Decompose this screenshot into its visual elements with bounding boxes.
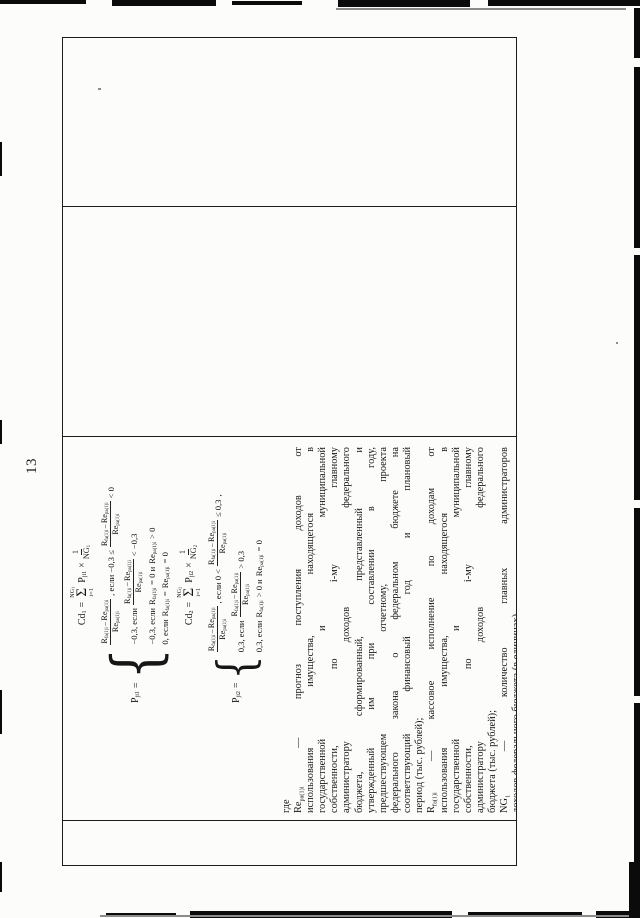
fraction-numerator: Rfa(1)i−Repa(1)i <box>101 599 111 645</box>
case-row: Rfa(1)i−Repa(1)iRepa(1)i, если −0,3 ≤Rfa… <box>101 487 122 645</box>
table-column-3 <box>63 206 516 436</box>
symbol-subscript: pa(1)i <box>139 572 144 584</box>
text-line: утвержденныйимприсоставлениивгоду, <box>366 447 378 813</box>
symbol-subscript: ji2 <box>189 571 195 577</box>
word: предшествующем <box>378 734 390 813</box>
formula-text: i=1 <box>196 588 202 597</box>
scanner-artifact-top <box>338 0 470 7</box>
case-row: Rfa(1)i−Repa(1)iRepa(1)i, если 0 <Rfa(1)… <box>208 494 229 652</box>
word: муниципальной <box>317 447 329 518</box>
word: использования <box>439 748 451 813</box>
formula-pji2-cases: Pji2={Rfa(1)i−Repa(1)iRepa(1)i, если 0 <… <box>208 443 265 703</box>
word: год <box>402 580 414 594</box>
word: имущества, <box>439 635 451 686</box>
text-line: собственности,поi-муглавному <box>463 447 475 813</box>
fraction: Rfa(1)i−Repa(1)iRepa(1)i <box>208 520 229 566</box>
equals-sign: = <box>231 682 242 688</box>
symbol-subscript: 2 <box>189 610 195 613</box>
sum-lower-limit: i=1 <box>89 588 95 597</box>
word: году, <box>366 447 378 468</box>
fraction-numerator: Rfa(1)i−Repa(1)i <box>208 606 218 652</box>
symbol-subscript: 1 <box>82 610 88 613</box>
left-brace-icon: { <box>107 648 166 680</box>
symbol-subscript: fa(1)i <box>152 588 158 599</box>
cases-lhs-symbol: Pji1 <box>130 691 141 703</box>
word: i-му <box>329 564 341 582</box>
word: по <box>426 556 438 567</box>
word: составлении <box>366 549 378 604</box>
symbol-base: R <box>207 646 216 651</box>
fraction: 1NG1 <box>72 545 92 559</box>
symbol-subscript: pa(1)i <box>117 611 122 623</box>
formula-symbol: Repa(1)i <box>112 611 121 632</box>
formula-symbol: Repa(1)i <box>135 572 144 593</box>
symbol-base: Re <box>293 801 304 813</box>
formula-text: − <box>102 622 111 627</box>
text-line: Repa(1)i—прогнозпоступлениядоходовот <box>293 447 305 813</box>
equals-sign: = <box>131 682 142 688</box>
word: им <box>366 697 378 709</box>
fraction-denominator: Repa(1)i <box>218 533 228 554</box>
formula-symbol: Repa(1)i <box>124 560 133 581</box>
scanner-artifact-top <box>0 0 86 4</box>
formula-text: − <box>209 629 218 634</box>
formula-symbol: Rfa(1)i <box>208 635 217 651</box>
formula-text: = <box>184 602 195 608</box>
word: администратору <box>341 741 353 813</box>
symbol-base: R <box>160 611 170 617</box>
symbol-subscript: ji1 <box>136 691 142 697</box>
formula-symbol: Rfa(1)i <box>101 627 110 643</box>
formula-symbol: Rfa(1)i <box>231 600 240 616</box>
formula-text: > 0,3 <box>236 551 246 569</box>
symbol-base: Re <box>218 544 227 553</box>
symbol-base: R <box>230 611 239 616</box>
text-line: собственности,поi-муглавному <box>329 447 341 813</box>
formula-symbol: Repa(1)i <box>160 566 171 588</box>
fraction-numerator: Rfa(1)i−Repa(1)i <box>101 501 111 547</box>
symbol-subscript: pa(1)i <box>259 554 265 566</box>
symbol-base: Re <box>207 533 216 542</box>
formula-pji1-cases: Pji1={Rfa(1)i−Repa(1)iRepa(1)i, если −0,… <box>101 443 171 703</box>
word: кассовое <box>426 681 438 720</box>
word: от <box>426 447 438 457</box>
cases-lhs-symbol: Pji2 <box>231 691 242 703</box>
word: отчетному, <box>378 584 390 632</box>
word: находящегося <box>439 513 451 574</box>
symbol-subscript: pa(1)i <box>223 619 228 631</box>
symbol-base: R <box>100 638 109 643</box>
word: прогноз <box>293 664 305 699</box>
symbol-base: Re <box>160 579 170 589</box>
formula-text: < 0 <box>106 487 116 498</box>
case-row: 0,3, еслиRfa(1)i−Repa(1)iRepa(1)i> 0,3 <box>231 494 252 652</box>
formula-symbol: Repa(1)i <box>242 584 251 605</box>
symbol-subscript: ji1 <box>82 571 88 577</box>
word: исполнение <box>426 598 438 650</box>
formula-text: 0,3, если <box>236 620 246 652</box>
symbol-base: R <box>147 599 157 605</box>
word: поступления <box>293 569 305 625</box>
symbol-subscript: pa(1)i <box>298 787 305 802</box>
word: соответствующий <box>402 734 414 813</box>
text-line: предшествующемотчетному,проекта <box>378 447 390 813</box>
word: главных <box>499 568 511 604</box>
word: использования <box>305 748 317 813</box>
formula-cd2: Cd2=NG2Σi=1Pji2×1NG2 <box>177 443 202 727</box>
symbol-subscript: 2 <box>194 545 199 547</box>
formula-text: −0,3, если <box>147 608 157 645</box>
formula-text: , <box>213 494 223 496</box>
word: представленный <box>354 508 366 581</box>
symbol-subscript: 1 <box>505 795 512 798</box>
term-symbol: NG1 <box>499 795 511 813</box>
word: i-му <box>463 564 475 582</box>
symbol-subscript: fa(1)i <box>105 530 110 541</box>
formula-text: = 0 <box>254 540 264 551</box>
text-line: федеральногозаконаофедеральномбюджетена <box>390 447 402 813</box>
word: собственности, <box>329 745 341 813</box>
symbol-base: NG <box>499 798 510 813</box>
symbol-base: Re <box>230 584 239 593</box>
symbol-subscript: pa(1)i <box>128 560 133 572</box>
word: — <box>426 751 438 761</box>
symbol-subscript: fa(1)i <box>165 599 171 610</box>
formula-symbol: Pji2 <box>184 571 195 583</box>
symbol-base: NG <box>189 547 198 559</box>
word: доходам <box>426 488 438 524</box>
symbol-subscript: fa(1)i <box>128 588 133 599</box>
case-row: −0,3, еслиRfa(1)i−Repa(1)iRepa(1)i< −0,3 <box>124 487 145 645</box>
formula-symbol: Rfa(1)i <box>254 600 265 617</box>
scanner-artifact-right <box>634 8 640 918</box>
symbol-base: Re <box>111 526 120 535</box>
word: муниципальной <box>451 447 463 518</box>
formula-symbol: Rfa(1)i <box>147 588 158 605</box>
symbol-base: R <box>207 560 216 565</box>
symbol-base: Cd <box>184 613 195 625</box>
fraction-denominator: NG2 <box>189 545 199 559</box>
formula-symbol: NG2 <box>190 545 199 559</box>
symbol-subscript: pa(1)i <box>105 502 110 514</box>
symbol-subscript: fa(1)i <box>259 600 265 611</box>
text-line: где <box>281 447 293 813</box>
table-column-1 <box>63 820 516 865</box>
word: доходов <box>293 495 305 530</box>
formula-text: × <box>184 562 195 568</box>
word: плановый <box>402 447 414 491</box>
sigma-icon: Σ <box>76 588 89 597</box>
case-row: 0, еслиRfa(1)i=Repa(1)i= 0 <box>160 487 171 645</box>
text-line: NG1—количествоглавныхадминистраторов <box>499 447 511 813</box>
text-line: период (тыс. рублей); <box>414 447 426 813</box>
word: и <box>402 533 414 539</box>
fraction-denominator: Repa(1)i <box>134 572 144 593</box>
formula-symbol: Rfa(1)i <box>101 530 110 546</box>
formula-text: , если −0,3 ≤ <box>106 550 116 596</box>
symbol-base: Re <box>100 514 109 523</box>
word: главному <box>329 447 341 488</box>
word: федерального <box>390 752 402 813</box>
symbol-subscript: pa(1)i <box>165 566 171 578</box>
word: администратору <box>475 741 487 813</box>
scanner-artifact-gap <box>633 248 640 255</box>
word: имущества, <box>305 635 317 686</box>
symbol-base: Re <box>218 631 227 640</box>
table-column-2: Cd1=NG1Σi=1Pji1×1NG1Pji1={Rfa(1)i−Repa(1… <box>63 436 516 820</box>
scan-speck <box>98 88 101 90</box>
symbol-base: Re <box>207 619 216 628</box>
text-line: бюджета,сформированный,представленныйи <box>354 447 366 813</box>
formula-symbol: Cd1 <box>77 610 88 625</box>
scanner-artifact-top <box>112 0 216 6</box>
table-column-4 <box>63 38 516 206</box>
symbol-subscript: 1 <box>87 545 92 547</box>
formula-text: 1 <box>179 550 188 554</box>
symbol-base: P <box>184 577 195 583</box>
symbol-subscript: pa(1)i <box>246 584 251 596</box>
cases-rows: Rfa(1)i−Repa(1)iRepa(1)i, если 0 <Rfa(1)… <box>208 494 265 652</box>
word: сформированный, <box>354 636 366 716</box>
formula-text: 1 <box>72 550 81 554</box>
word: — <box>499 741 511 751</box>
scan-speck <box>616 342 618 344</box>
symbol-base: Re <box>241 596 250 605</box>
scanner-artifact-gap <box>633 696 640 703</box>
formula-text: = <box>160 591 170 596</box>
formula-symbol: Repa(1)i <box>219 533 228 554</box>
formula-symbol: Repa(1)i <box>231 573 240 594</box>
symbol-subscript: pa(1)i <box>212 521 217 533</box>
symbol-base: Re <box>123 572 132 581</box>
fraction: Rfa(1)i−Repa(1)iRepa(1)i <box>101 599 122 645</box>
word: — <box>293 738 305 748</box>
formula-symbol: Pji1 <box>77 571 88 583</box>
formula-text: > 0 <box>147 528 157 539</box>
formula-text: − <box>124 582 133 587</box>
formula-text: = 0 <box>160 552 170 563</box>
symbol-base: Re <box>134 583 143 592</box>
symbol-base: P <box>77 577 88 583</box>
formula-text: − <box>231 594 240 599</box>
word: в <box>366 506 378 511</box>
word: закона <box>390 691 402 720</box>
symbol-subscript: pa(1)i <box>223 533 228 545</box>
fraction: Rfa(1)i−Repa(1)iRepa(1)i <box>124 559 145 605</box>
symbol-subscript: pa(1)i <box>152 542 158 554</box>
scanner-artifact-corner <box>629 862 640 918</box>
scanned-page: 13 Cd1=NG1Σi=1Pji1×1NG1Pji1={Rfa(1)i−Rep… <box>0 0 640 918</box>
symbol-base: R <box>123 599 132 604</box>
symbol-subscript: fa(1)i <box>432 792 439 806</box>
formula-symbol: Rfa(1)i <box>124 588 133 604</box>
formula-cd1: Cd1=NG1Σi=1Pji1×1NG1 <box>70 443 95 727</box>
fraction: 1NG2 <box>179 545 199 559</box>
word: в <box>439 447 451 452</box>
word: федеральном <box>390 562 402 620</box>
scanner-artifact-top <box>488 0 640 6</box>
word: и <box>317 625 329 631</box>
word: в <box>305 447 317 452</box>
formula-text: < −0,3 <box>129 534 139 557</box>
formula-text: i=1 <box>89 588 95 597</box>
text-line: использованияимущества,находящегосяв <box>305 447 317 813</box>
word: бюджета, <box>354 772 366 813</box>
word: федерального <box>475 447 487 508</box>
left-brace-icon: { <box>214 655 258 679</box>
fraction: Rfa(1)i−Repa(1)iRepa(1)i <box>231 572 252 618</box>
text-line: государственнойимуниципальной <box>317 447 329 813</box>
formula-text: − <box>209 543 218 548</box>
scanner-artifact-gap <box>633 58 640 67</box>
word: количество <box>499 647 511 697</box>
symbol-base: P <box>130 697 141 703</box>
symbol-subscript: fa(1)i <box>212 549 217 560</box>
scanner-artifact-left <box>0 862 2 892</box>
scanner-smudge <box>100 915 640 917</box>
symbol-base: R <box>254 612 264 618</box>
text-line: администраторудоходовфедерального <box>341 447 353 813</box>
rotated-content: 13 Cd1=NG1Σi=1Pji1×1NG1Pji1={Rfa(1)i−Rep… <box>0 0 640 918</box>
symbol-base: R <box>100 541 109 546</box>
scanner-artifact-top <box>232 1 302 5</box>
symbol-base: Re <box>254 567 264 577</box>
symbol-subscript: pa(1)i <box>235 573 240 585</box>
word: главному <box>463 447 475 488</box>
word: от <box>293 447 305 457</box>
word: государственной <box>451 739 463 813</box>
fraction-numerator: 1 <box>72 549 82 555</box>
symbol-subscript: pa(1)i <box>212 607 217 619</box>
symbol-subscript: pa(1)i <box>105 600 110 612</box>
fraction-denominator: Repa(1)i <box>111 611 121 632</box>
scanner-artifact-left <box>0 690 2 734</box>
fraction-denominator: Repa(1)i <box>111 514 121 535</box>
sigma-icon: Σ <box>183 588 196 597</box>
cases-rows: Rfa(1)i−Repa(1)iRepa(1)i, если −0,3 ≤Rfa… <box>101 487 171 645</box>
text-line: Rfa(1)i—кассовоеисполнениеподоходамот <box>426 447 438 813</box>
case-row: −0,3, еслиRfa(1)i= 0 иRepa(1)i> 0 <box>147 487 158 645</box>
formula-text: 0, если <box>160 619 170 644</box>
formula-text: −0,3, если <box>129 608 139 645</box>
word: по <box>463 658 475 669</box>
word: финансовый <box>402 636 414 691</box>
formula-text: ≤ 0,3 <box>213 500 223 518</box>
symbol-base: Re <box>111 623 120 632</box>
symbol-subscript: ji2 <box>236 691 242 697</box>
term-symbol: Rfa(1)i <box>426 792 438 813</box>
formula-symbol: Rfa(1)i <box>160 599 171 616</box>
fraction-denominator: NG1 <box>82 545 92 559</box>
fraction-numerator: Rfa(1)i−Repa(1)i <box>208 520 218 566</box>
definitions-block: гдеRepa(1)i—прогнозпоступлениядоходовоти… <box>281 447 516 813</box>
symbol-base: R <box>426 806 437 813</box>
fraction: Rfa(1)i−Repa(1)iRepa(1)i <box>208 606 229 652</box>
fraction-denominator: Repa(1)i <box>218 619 228 640</box>
text-line: соответствующийфинансовыйгодиплановый <box>402 447 414 813</box>
formula-symbol: Repa(1)i <box>254 554 265 576</box>
symbol-subscript: fa(1)i <box>212 635 217 646</box>
symbol-subscript: pa(1)i <box>117 514 122 526</box>
formula-symbol: Rfa(1)i <box>208 549 217 565</box>
word: проекта <box>378 447 390 482</box>
text-line: администраторудоходовфедерального <box>475 447 487 813</box>
word: на <box>390 447 402 457</box>
symbol-base: Cd <box>77 613 88 625</box>
text-line: доходов федерального бюджета (в единицах… <box>511 447 516 813</box>
word: администраторов <box>499 447 511 524</box>
word: находящегося <box>305 513 317 574</box>
formula-text: = <box>77 602 88 608</box>
symbol-subscript: fa(1)i <box>105 627 110 638</box>
word: и <box>451 625 463 631</box>
formula-block: Cd1=NG1Σi=1Pji1×1NG1Pji1={Rfa(1)i−Repa(1… <box>70 443 265 815</box>
fraction-denominator: Repa(1)i <box>241 584 251 605</box>
word: доходов <box>341 607 353 642</box>
formula-symbol: Repa(1)i <box>219 619 228 640</box>
text-line: бюджета (тыс. рублей); <box>487 447 499 813</box>
symbol-subscript: fa(1)i <box>235 600 240 611</box>
symbol-base: Re <box>147 554 157 564</box>
page-number: 13 <box>24 458 41 474</box>
scanner-artifact-left <box>0 420 2 444</box>
fraction-numerator: Rfa(1)i−Repa(1)i <box>231 572 241 618</box>
word: государственной <box>317 739 329 813</box>
formula-symbol: Repa(1)i <box>208 607 217 628</box>
formula-text: = 0 и <box>147 567 157 585</box>
formula-symbol: Repa(1)i <box>101 600 110 621</box>
symbol-base: NG <box>82 547 91 559</box>
scanner-smudge <box>336 8 626 10</box>
formula-symbol: Cd2 <box>184 610 195 625</box>
scanner-artifact-left <box>0 142 2 176</box>
fraction-numerator: 1 <box>179 549 189 555</box>
case-row: 0,3, еслиRfa(1)i> 0 иRepa(1)i= 0 <box>254 494 265 652</box>
text-line: государственнойимуниципальной <box>451 447 463 813</box>
symbol-base: P <box>231 697 242 703</box>
formula-symbol: Repa(1)i <box>112 514 121 535</box>
formula-text: , если 0 < <box>213 569 223 603</box>
symbol-base: Re <box>100 612 109 621</box>
word: бюджете <box>390 490 402 529</box>
formula-symbol: Repa(1)i <box>208 521 217 542</box>
text-line: использованияимущества,находящегосяв <box>439 447 451 813</box>
formula-text: × <box>77 562 88 568</box>
formula-text: > 0 и <box>254 579 264 597</box>
word: при <box>366 643 378 659</box>
summation: NG1Σi=1 <box>70 587 95 598</box>
sum-lower-limit: i=1 <box>196 588 202 597</box>
word: по <box>329 658 341 669</box>
word: о <box>390 653 402 658</box>
word: и <box>354 447 366 453</box>
fraction-numerator: Rfa(1)i−Repa(1)i <box>124 559 134 605</box>
fraction: Rfa(1)i−Repa(1)iRepa(1)i <box>101 501 122 547</box>
word: собственности, <box>463 745 475 813</box>
formula-symbol: NG1 <box>83 545 92 559</box>
formula-symbol: Repa(1)i <box>147 542 158 564</box>
formula-text: 0,3, если <box>254 620 264 652</box>
document-table: Cd1=NG1Σi=1Pji1×1NG1Pji1={Rfa(1)i−Repa(1… <box>62 37 517 866</box>
formula-text: − <box>102 524 111 529</box>
word: федерального <box>341 447 353 508</box>
word: утвержденный <box>366 748 378 813</box>
term-symbol: Repa(1)i <box>293 787 305 813</box>
summation: NG2Σi=1 <box>177 587 202 598</box>
word: доходов <box>475 607 487 642</box>
formula-symbol: Repa(1)i <box>101 502 110 523</box>
scanner-artifact-gap <box>633 500 640 508</box>
